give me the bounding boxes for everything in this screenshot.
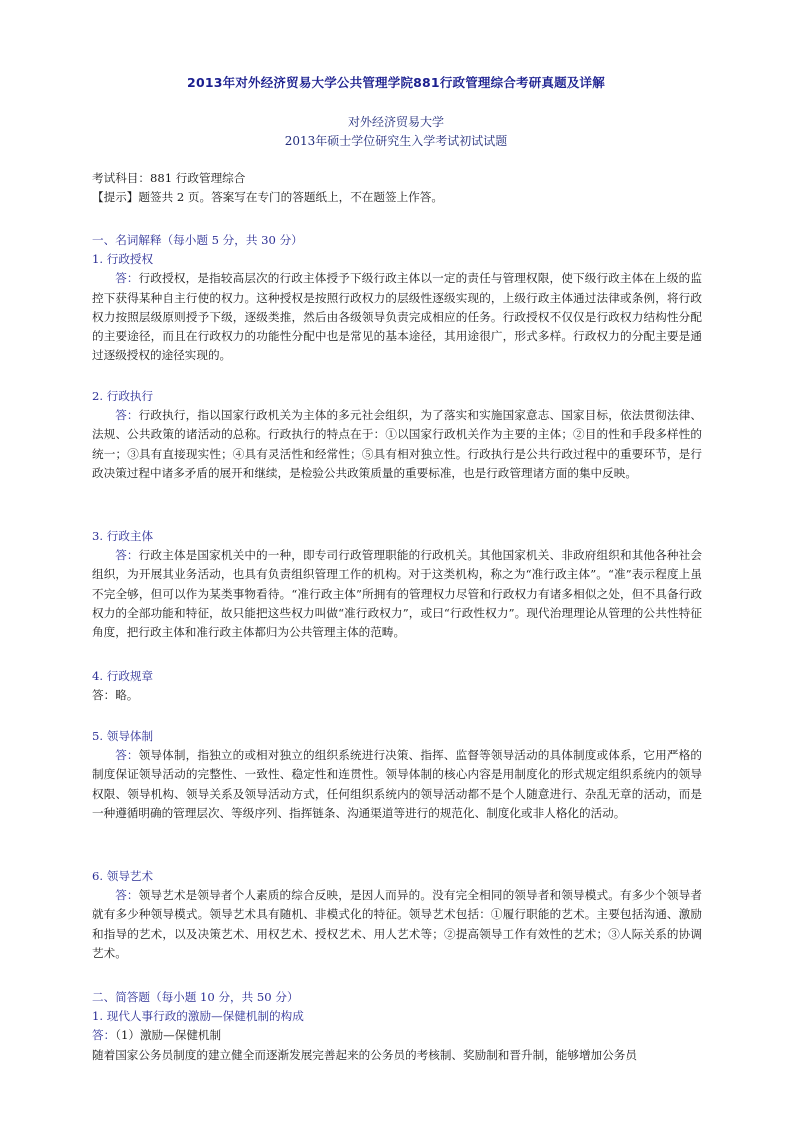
question-5-answer: 答：领导体制，指独立的或相对独立的组织系统进行决策、指挥、监督等领导活动的具体制… <box>92 746 702 823</box>
exam-hint: 【提示】题签共 2 页。答案写在专门的答题纸上，不在题签上作答。 <box>92 188 702 207</box>
question-6-title: 6. 领导艺术 <box>92 867 702 886</box>
question-3-answer: 答：行政主体是国家机关中的一种，即专司行政管理职能的行政机关。其他国家机关、非政… <box>92 546 702 642</box>
answer-text: 领导体制，指独立的或相对独立的组织系统进行决策、指挥、监督等领导活动的具体制度或… <box>92 748 702 820</box>
answer-text: 领导艺术是领导者个人素质的综合反映，是因人而异的。没有完全相同的领导者和领导模式… <box>92 888 702 960</box>
question-1-answer: 答：行政授权，是指较高层次的行政主体授予下级行政主体以一定的责任与管理权限，使下… <box>92 269 702 365</box>
short-question-1-title: 1. 现代人事行政的激励—保健机制的构成 <box>92 1007 702 1026</box>
question-5-title: 5. 领导体制 <box>92 727 702 746</box>
question-1-title: 1. 行政授权 <box>92 250 702 269</box>
document-title: 2013年对外经济贸易大学公共管理学院881行政管理综合考研真题及详解 <box>0 73 792 91</box>
section-1: 一、名词解释（每小题 5 分，共 30 分） 1. 行政授权 答：行政授权，是指… <box>92 231 702 365</box>
section-2-heading: 二、简答题（每小题 10 分，共 50 分） <box>92 988 702 1007</box>
answer-text: 行政执行，指以国家行政机关为主体的多元社会组织，为了落实和实施国家意志、国家目标… <box>92 408 702 480</box>
answer-label: 答： <box>115 748 138 762</box>
question-6-answer: 答：领导艺术是领导者个人素质的综合反映，是因人而异的。没有完全相同的领导者和领导… <box>92 886 702 963</box>
question-2-answer: 答：行政执行，指以国家行政机关为主体的多元社会组织，为了落实和实施国家意志、国家… <box>92 406 702 483</box>
answer-label: 答： <box>115 888 138 902</box>
question-4-answer: 答：略。 <box>92 686 702 705</box>
section-2: 二、简答题（每小题 10 分，共 50 分） 1. 现代人事行政的激励—保健机制… <box>92 988 702 1065</box>
answer-text: 行政授权，是指较高层次的行政主体授予下级行政主体以一定的责任与管理权限，使下级行… <box>92 271 702 362</box>
exam-subject: 考试科目：881 行政管理综合 <box>92 169 702 188</box>
question-4: 4. 行政规章 答：略。 <box>92 667 702 705</box>
answer-label: 答： <box>115 408 138 422</box>
university-name: 对外经济贸易大学 <box>0 113 792 130</box>
answer-label: 答： <box>92 688 115 702</box>
answer-text: 略。 <box>115 688 138 702</box>
question-6: 6. 领导艺术 答：领导艺术是领导者个人素质的综合反映，是因人而异的。没有完全相… <box>92 867 702 963</box>
answer-label: 答： <box>115 548 138 562</box>
question-2-title: 2. 行政执行 <box>92 387 702 406</box>
question-3: 3. 行政主体 答：行政主体是国家机关中的一种，即专司行政管理职能的行政机关。其… <box>92 527 702 642</box>
answer-label: 答： <box>115 271 138 285</box>
question-5: 5. 领导体制 答：领导体制，指独立的或相对独立的组织系统进行决策、指挥、监督等… <box>92 727 702 823</box>
exam-name: 2013年硕士学位研究生入学考试初试试题 <box>0 132 792 149</box>
document-page: 2013年对外经济贸易大学公共管理学院881行政管理综合考研真题及详解 对外经济… <box>0 0 792 1122</box>
exam-info: 考试科目：881 行政管理综合 【提示】题签共 2 页。答案写在专门的答题纸上，… <box>92 169 702 207</box>
question-2: 2. 行政执行 答：行政执行，指以国家行政机关为主体的多元社会组织，为了落实和实… <box>92 387 702 483</box>
short-question-1-answer: 随着国家公务员制度的建立健全而逐渐发展完善起来的公务员的考核制、奖励制和晋升制，… <box>92 1046 702 1065</box>
answer-text: 行政主体是国家机关中的一种，即专司行政管理职能的行政机关。其他国家机关、非政府组… <box>92 548 702 639</box>
question-4-title: 4. 行政规章 <box>92 667 702 686</box>
question-3-title: 3. 行政主体 <box>92 527 702 546</box>
section-1-heading: 一、名词解释（每小题 5 分，共 30 分） <box>92 231 702 250</box>
short-question-1-subheading: 答：（1）激励—保健机制 <box>92 1026 702 1045</box>
answer-label: 答： <box>92 1028 115 1042</box>
answer-subtitle: （1）激励—保健机制 <box>115 1028 221 1042</box>
